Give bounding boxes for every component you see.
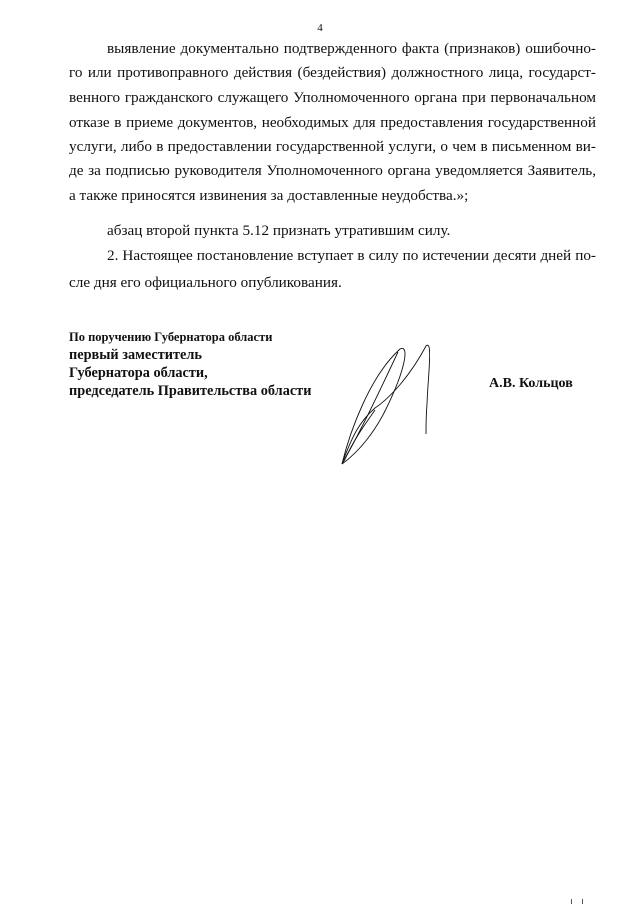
signature-icon — [330, 336, 430, 476]
signatory-title-line: первый заместитель — [69, 346, 311, 364]
paragraph-line: 2. Настоящее постановление вступает в си… — [107, 247, 596, 265]
page-number: 4 — [0, 22, 640, 34]
paragraph-line: отказе в приеме документов, необходимых … — [69, 114, 596, 132]
paragraph-line: услуги, либо в предоставлении государств… — [69, 138, 596, 156]
signatory-title-block: По поручению Губернатора области первый … — [69, 328, 311, 400]
paragraph-line: абзац второй пункта 5.12 признать утрати… — [107, 222, 596, 240]
signatory-title-line: председатель Правительства области — [69, 382, 311, 400]
paragraph-line: го или противоправного действия (бездейс… — [69, 64, 596, 82]
paragraph-line: сле дня его официального опубликования. — [69, 274, 596, 292]
paragraph-line: венного гражданского служащего Уполномоч… — [69, 89, 596, 107]
signatory-authority: По поручению Губернатора области — [69, 328, 311, 346]
paragraph-line: а также приносятся извинения за доставле… — [69, 187, 596, 205]
paragraph-line: де за подписью руководителя Уполномоченн… — [69, 162, 596, 180]
signatory-name: А.В. Кольцов — [489, 376, 573, 392]
paragraph-line: выявление документально подтвержденного … — [107, 40, 596, 58]
signatory-title-line: Губернатора области, — [69, 364, 311, 382]
